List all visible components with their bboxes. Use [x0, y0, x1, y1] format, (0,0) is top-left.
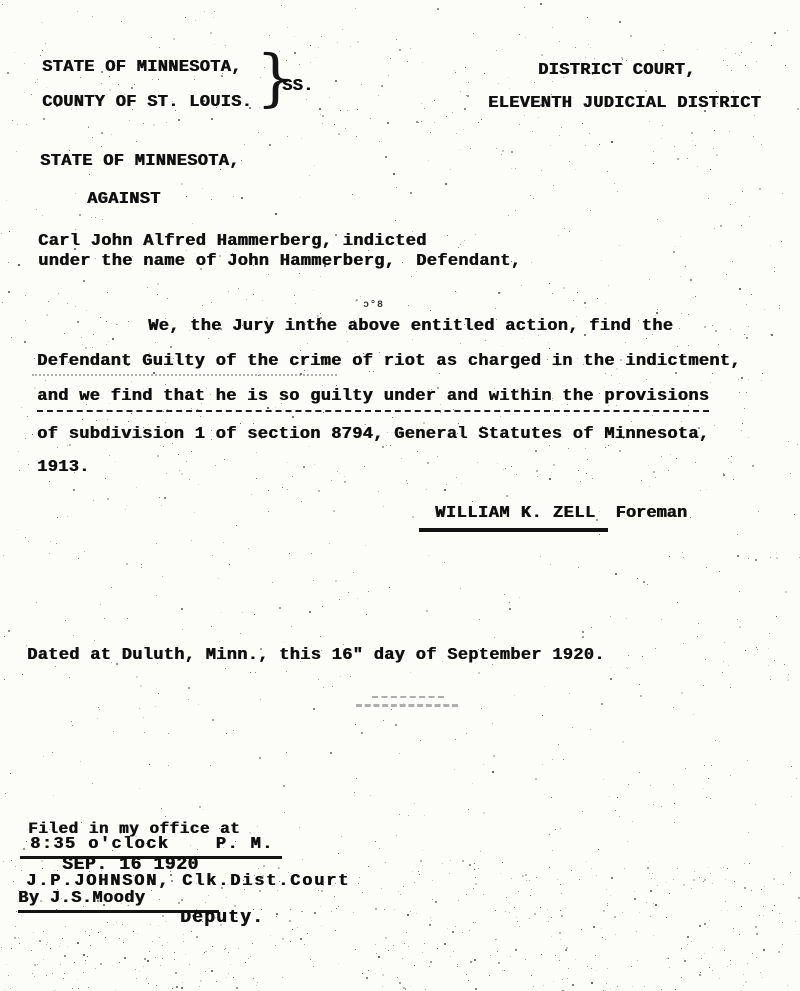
erased-underline-mark [32, 374, 337, 376]
ss-abbreviation: SS. [282, 78, 314, 95]
foreman-title: Foreman [616, 504, 687, 523]
deputy-title: Deputy. [180, 909, 264, 927]
verdict-line-3-text: and we find that he is so guilty under a… [37, 387, 709, 412]
defendant-line-2: under the name of John Hammerberg, Defen… [38, 253, 521, 270]
verdict-line-3: and we find that he is so guilty under a… [37, 388, 709, 405]
venue-state-line: STATE OF MINNESOTA, [42, 59, 242, 76]
court-district-line: ELEVENTH JUDICIAL DISTRICT [488, 95, 761, 112]
defendant-line-1: Carl John Alfred Hammerberg, indicted [38, 233, 427, 250]
against-label: AGAINST [87, 191, 161, 208]
document-page: STATE OF MINNESOTA, COUNTY OF ST. LOUIS.… [0, 0, 800, 991]
foreman-signature: WILLIAM K. ZELLForeman [419, 505, 687, 532]
verdict-line-2: Defendant Guilty of the crime of riot as… [37, 353, 741, 370]
court-name-line: DISTRICT COURT, [538, 62, 696, 79]
venue-county-line: COUNTY OF ST. LOUIS. [42, 94, 252, 111]
verdict-line-1: We, the Jury inthe above entitled action… [148, 318, 673, 335]
filing-time-line: 8:35 o'clock P. M. [20, 836, 282, 853]
foreman-name: WILLIAM K. ZELL [419, 505, 608, 532]
smudge-mark-upper [372, 696, 444, 698]
date-line: Dated at Duluth, Minn., this 16" day of … [27, 647, 605, 664]
deputy-by-line: By J.S.Moody [18, 890, 219, 907]
smudge-mark-lower [356, 704, 458, 707]
verdict-line-5: 1913. [37, 459, 90, 476]
stray-typewriter-marks: ɔ°8 [363, 301, 384, 311]
verdict-line-4: of subdivision 1 of section 8794, Genera… [37, 426, 709, 443]
clerk-line: J.P.JOHNSON, Clk.Dist.Court [26, 873, 350, 890]
plaintiff-line: STATE OF MINNESOTA, [40, 153, 240, 170]
